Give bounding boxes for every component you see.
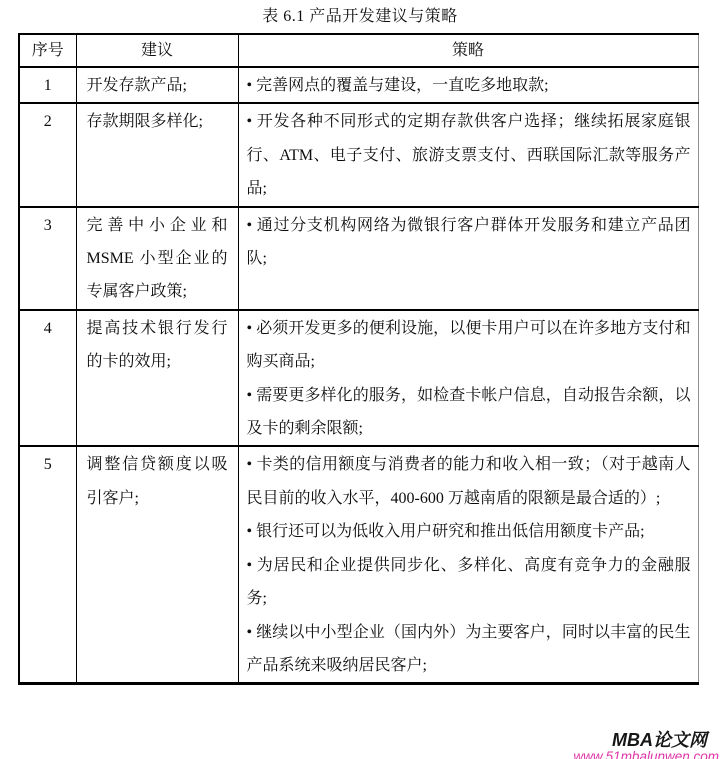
strategy-item: • 银行还可以为低收入用户研究和推出低信用额度卡产品; (247, 515, 691, 548)
strategy-item: • 必须开发更多的便利设施，以便卡用户可以在许多地方支付和购买商品; (247, 312, 691, 379)
row-number: 3 (19, 207, 76, 310)
strategy-item: • 为居民和企业提供同步化、多样化、高度有竞争力的金融服务; (247, 549, 691, 616)
watermark: MBA论文网 www.51mbalunwen.com (573, 731, 720, 759)
header-row: 序号 建议 策略 (19, 34, 698, 67)
strategy-item: • 通过分支机构网络为微银行客户群体开发服务和建立产品团队; (247, 209, 691, 276)
strategy-item: • 需要更多样化的服务，如检查卡帐户信息，自动报告余额，以及卡的剩余限额; (247, 379, 691, 446)
header-serial-number: 序号 (19, 34, 76, 67)
strategy-item: • 继续以中小型企业（国内外）为主要客户，同时以丰富的民生产品系统来吸纳居民客户… (247, 616, 691, 683)
row-number: 5 (19, 446, 76, 683)
table-row: 2 存款期限多样化; • 开发各种不同形式的定期存款供客户选择；继续拓展家庭银行… (19, 103, 698, 206)
suggestion-cell: 调整信贷额度以吸引客户; (76, 446, 238, 683)
row-number: 4 (19, 310, 76, 447)
suggestion-cell: 提高技术银行发行的卡的效用; (76, 310, 238, 447)
table-row: 5 调整信贷额度以吸引客户; • 卡类的信用额度与消费者的能力和收入相一致；（对… (19, 446, 698, 683)
table-row: 4 提高技术银行发行的卡的效用; • 必须开发更多的便利设施，以便卡用户可以在许… (19, 310, 698, 447)
watermark-brand-text: MBA论文网 (573, 731, 707, 749)
strategy-item: • 完善网点的覆盖与建设，一直吃多地取款; (247, 69, 691, 102)
suggestion-cell: 存款期限多样化; (76, 103, 238, 206)
product-development-table: 序号 建议 策略 1 开发存款产品; • 完善网点的覆盖与建设，一直吃多地取款;… (18, 33, 699, 685)
row-number: 1 (19, 67, 76, 103)
watermark-url-text: www.51mbalunwen.com (573, 749, 719, 759)
document-page: 表 6.1 产品开发建议与策略 序号 建议 策略 1 开发存款产品; • 完善网… (0, 6, 720, 759)
strategy-cell: • 通过分支机构网络为微银行客户群体开发服务和建立产品团队; (238, 207, 698, 310)
suggestion-cell: 完善中小企业和 MSME 小型企业的专属客户政策; (76, 207, 238, 310)
strategy-cell: • 完善网点的覆盖与建设，一直吃多地取款; (238, 67, 698, 103)
strategy-item: • 卡类的信用额度与消费者的能力和收入相一致；（对于越南人民目前的收入水平，40… (247, 448, 691, 515)
header-strategy: 策略 (238, 34, 698, 67)
strategy-cell: • 开发各种不同形式的定期存款供客户选择；继续拓展家庭银行、ATM、电子支付、旅… (238, 103, 698, 206)
strategy-item: • 开发各种不同形式的定期存款供客户选择；继续拓展家庭银行、ATM、电子支付、旅… (247, 105, 691, 205)
table-caption: 表 6.1 产品开发建议与策略 (0, 6, 720, 28)
table-row: 3 完善中小企业和 MSME 小型企业的专属客户政策; • 通过分支机构网络为微… (19, 207, 698, 310)
suggestion-cell: 开发存款产品; (76, 67, 238, 103)
table-row: 1 开发存款产品; • 完善网点的覆盖与建设，一直吃多地取款; (19, 67, 698, 103)
strategy-cell: • 卡类的信用额度与消费者的能力和收入相一致；（对于越南人民目前的收入水平，40… (238, 446, 698, 683)
row-number: 2 (19, 103, 76, 206)
header-suggestion: 建议 (76, 34, 238, 67)
strategy-cell: • 必须开发更多的便利设施，以便卡用户可以在许多地方支付和购买商品; • 需要更… (238, 310, 698, 447)
